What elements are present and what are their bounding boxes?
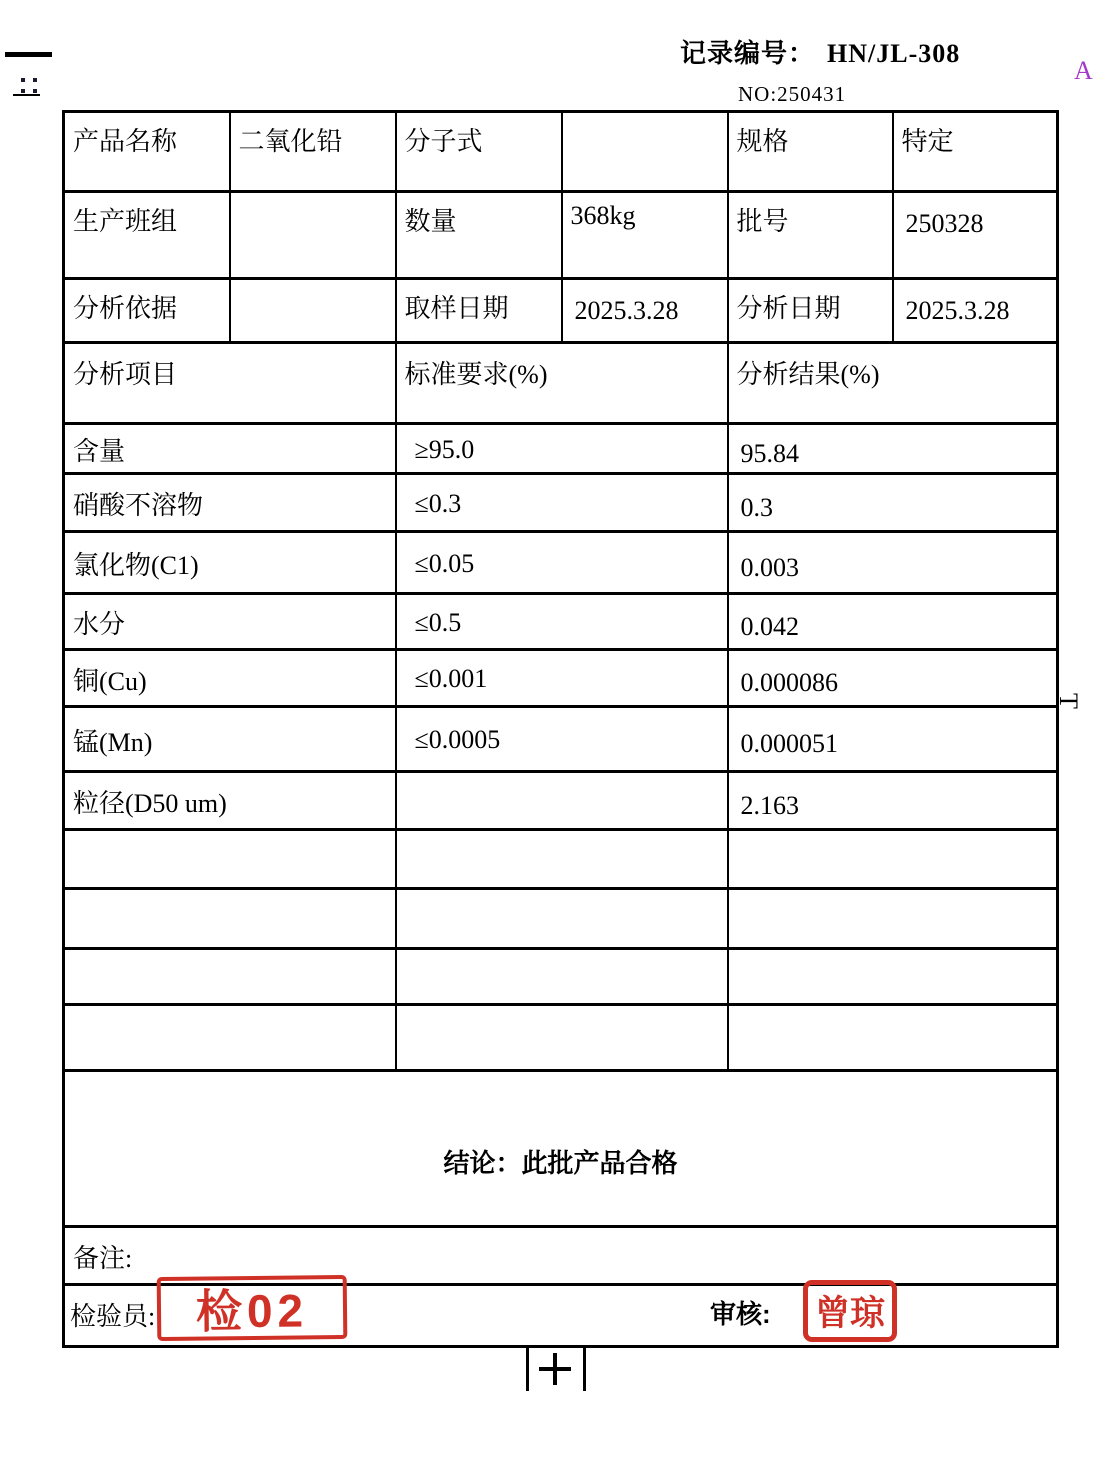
standard-requirement-header: 标准要求(%) <box>396 343 728 424</box>
conclusion-row: 结论：此批产品合格 <box>64 1071 1058 1227</box>
item-name <box>64 889 396 949</box>
print-registration-mark <box>524 1345 588 1393</box>
reviewer-stamp: 曾琼 <box>803 1280 897 1342</box>
info-row-product: 产品名称 二氧化铅 分子式 规格 特定 <box>64 112 1058 192</box>
scan-dot <box>21 78 25 82</box>
analysis-item-header: 分析项目 <box>64 343 396 424</box>
scan-dot <box>21 89 25 93</box>
batch-no-label: 批号 <box>728 192 893 279</box>
sampling-date-label: 取样日期 <box>396 279 562 343</box>
molecular-formula-label: 分子式 <box>396 112 562 192</box>
record-number-line: 记录编号：HN/JL-308 <box>680 33 960 70</box>
analysis-basis-label: 分析依据 <box>64 279 230 343</box>
item-standard: ≤0.05 <box>396 532 728 594</box>
item-result: 0.000086 <box>728 650 1058 707</box>
production-team-value <box>230 192 396 279</box>
scan-underline <box>13 94 40 96</box>
analysis-row: 含量 ≥95.0 95.84 <box>64 424 1058 474</box>
item-standard <box>396 949 728 1005</box>
item-name <box>64 949 396 1005</box>
analysis-row-empty <box>64 889 1058 949</box>
spec-label: 规格 <box>728 112 893 192</box>
record-number-value: HN/JL-308 <box>827 39 960 68</box>
production-team-label: 生产班组 <box>64 192 230 279</box>
item-result <box>728 830 1058 889</box>
reviewer-label: 审核: <box>710 1294 771 1331</box>
scan-dot <box>33 78 37 82</box>
item-name: 氯化物(C1) <box>64 532 396 594</box>
analysis-row: 硝酸不溶物 ≤0.3 0.3 <box>64 474 1058 532</box>
item-name: 粒径(D50 um) <box>64 772 396 830</box>
document-number: NO:250431 <box>738 82 846 107</box>
item-result: 0.003 <box>728 532 1058 594</box>
item-standard <box>396 830 728 889</box>
item-name: 水分 <box>64 594 396 650</box>
item-name: 硝酸不溶物 <box>64 474 396 532</box>
analysis-row: 氯化物(C1) ≤0.05 0.003 <box>64 532 1058 594</box>
item-result <box>728 949 1058 1005</box>
analysis-row-empty <box>64 949 1058 1005</box>
item-standard: ≤0.5 <box>396 594 728 650</box>
product-name-value: 二氧化铅 <box>230 112 396 192</box>
registration-bar-left <box>526 1347 529 1391</box>
scanned-analysis-record: 记录编号：HN/JL-308 NO:250431 A T 产品名称 二氧化铅 分… <box>0 0 1094 1476</box>
analysis-date-label: 分析日期 <box>728 279 893 343</box>
item-name <box>64 830 396 889</box>
registration-bar-right <box>583 1347 586 1391</box>
item-standard: ≤0.0005 <box>396 707 728 772</box>
inspector-label: 检验员: <box>70 1296 155 1333</box>
batch-no-value: 250328 <box>893 192 1058 279</box>
analysis-record-table: 产品名称 二氧化铅 分子式 规格 特定 生产班组 数量 368kg 批号 250… <box>62 110 1059 1348</box>
item-name: 含量 <box>64 424 396 474</box>
analysis-row: 水分 ≤0.5 0.042 <box>64 594 1058 650</box>
scan-corner-line <box>5 52 52 57</box>
scan-dot <box>33 89 37 93</box>
item-result: 0.3 <box>728 474 1058 532</box>
analysis-header-row: 分析项目 标准要求(%) 分析结果(%) <box>64 343 1058 424</box>
margin-letter-a: A <box>1074 56 1093 86</box>
item-standard: ≤0.001 <box>396 650 728 707</box>
item-result: 95.84 <box>728 424 1058 474</box>
quantity-value: 368kg <box>562 192 728 279</box>
quantity-label: 数量 <box>396 192 562 279</box>
item-name: 铜(Cu) <box>64 650 396 707</box>
info-row-dates: 分析依据 取样日期 2025.3.28 分析日期 2025.3.28 <box>64 279 1058 343</box>
info-row-batch: 生产班组 数量 368kg 批号 250328 <box>64 192 1058 279</box>
item-result: 0.000051 <box>728 707 1058 772</box>
analysis-result-header: 分析结果(%) <box>728 343 1058 424</box>
item-standard <box>396 889 728 949</box>
item-name: 锰(Mn) <box>64 707 396 772</box>
product-name-label: 产品名称 <box>64 112 230 192</box>
item-standard: ≤0.3 <box>396 474 728 532</box>
item-name <box>64 1005 396 1071</box>
analysis-row: 铜(Cu) ≤0.001 0.000086 <box>64 650 1058 707</box>
conclusion-text: 结论：此批产品合格 <box>64 1071 1058 1227</box>
analysis-row: 粒径(D50 um) 2.163 <box>64 772 1058 830</box>
item-standard: ≥95.0 <box>396 424 728 474</box>
item-standard <box>396 1005 728 1071</box>
item-standard <box>396 772 728 830</box>
spec-value: 特定 <box>893 112 1058 192</box>
item-result <box>728 1005 1058 1071</box>
record-number-label: 记录编号： <box>680 38 815 68</box>
item-result: 0.042 <box>728 594 1058 650</box>
molecular-formula-value <box>562 112 728 192</box>
plus-icon <box>553 1353 557 1385</box>
analysis-row-empty <box>64 1005 1058 1071</box>
analysis-date-value: 2025.3.28 <box>893 279 1058 343</box>
sampling-date-value: 2025.3.28 <box>562 279 728 343</box>
analysis-row: 锰(Mn) ≤0.0005 0.000051 <box>64 707 1058 772</box>
item-result: 2.163 <box>728 772 1058 830</box>
inspector-stamp: 检02 <box>157 1275 348 1341</box>
analysis-row-empty <box>64 830 1058 889</box>
item-result <box>728 889 1058 949</box>
analysis-basis-value <box>230 279 396 343</box>
